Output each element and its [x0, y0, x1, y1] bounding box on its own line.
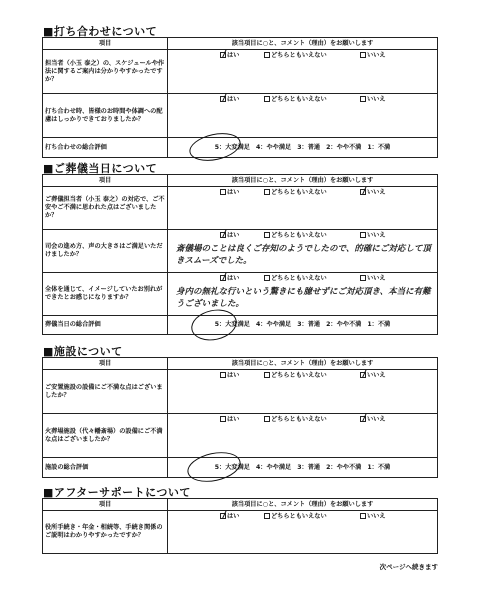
funeral-day-table: 項目 該当項目に○と、コメント（理由）をお願いします ご葬儀担当者（小玉 泰之）… [42, 174, 438, 335]
option-neither[interactable]: どちらともいえない [264, 189, 327, 197]
option-no[interactable]: いいえ [360, 416, 386, 424]
checkbox-icon[interactable] [360, 513, 366, 519]
overall-row: 打ち合わせの総合評価 5：大変満足4：やや満足3：普通2：やや不満1：不満 [43, 138, 438, 158]
meeting-table: 項目 該当項目に○と、コメント（理由）をお願いします 担当者（小玉 泰之）の、ス… [42, 37, 438, 158]
checkbox-checked-icon[interactable] [220, 232, 226, 238]
checkbox-icon[interactable] [264, 416, 270, 422]
checkbox-icon[interactable] [220, 416, 226, 422]
rating-2[interactable]: 2：やや不満 [326, 464, 361, 471]
rating-2[interactable]: 2：やや不満 [326, 144, 361, 151]
checkbox-icon[interactable] [360, 96, 366, 102]
question-row: 火葬場施設（代々幡斎場）の設備にご不満な点はございましたか？ はい どちらともい… [43, 414, 438, 458]
checkbox-icon[interactable] [360, 52, 366, 58]
option-yes[interactable]: はい [220, 416, 239, 424]
option-yes[interactable]: はい [220, 372, 239, 380]
header-instruction: 該当項目に○と、コメント（理由）をお願いします [168, 499, 438, 511]
question-text: 司会の進め方、声の大きさはご満足いただけましたか？ [43, 230, 168, 273]
option-neither[interactable]: どちらともいえない [264, 513, 327, 521]
question-row: ご葬儀担当者（小玉 泰之）の対応で、ご不安やご不満に思われた点はございましたか？… [43, 187, 438, 230]
question-row: 打ち合わせ時、皆様のお時間や体調への配慮はしっかりできておりましたか？ はい ど… [43, 94, 438, 138]
rating-1[interactable]: 1：不満 [367, 464, 390, 471]
option-yes[interactable]: はい [220, 96, 239, 104]
option-neither[interactable]: どちらともいえない [264, 52, 327, 60]
overall-row: 葬儀当日の総合評価 5：大変満足4：やや満足3：普通2：やや不満1：不満 [43, 316, 438, 335]
checkbox-icon[interactable] [264, 513, 270, 519]
option-neither[interactable]: どちらともいえない [264, 372, 327, 380]
question-row: 全体を通じて、イメージしていたお別れができたとお感じになりますか？ はい どちら… [43, 273, 438, 316]
header-item: 項目 [43, 38, 168, 50]
option-neither[interactable]: どちらともいえない [264, 275, 327, 283]
checkbox-checked-icon[interactable] [220, 513, 226, 519]
header-item: 項目 [43, 358, 168, 370]
checkbox-checked-icon[interactable] [220, 52, 226, 58]
option-no[interactable]: いいえ [360, 96, 386, 104]
option-no[interactable]: いいえ [360, 52, 386, 60]
header-instruction: 該当項目に○と、コメント（理由）をお願いします [168, 175, 438, 187]
header-instruction: 該当項目に○と、コメント（理由）をお願いします [168, 358, 438, 370]
checkbox-checked-icon[interactable] [360, 189, 366, 195]
checkbox-icon[interactable] [264, 189, 270, 195]
overall-label: 施設の総合評価 [43, 458, 168, 478]
question-row: 担当者（小玉 泰之）の、スケジュールや作法に関するご案内は分かりやすかったですか… [43, 50, 438, 94]
option-no[interactable]: いいえ [360, 372, 386, 380]
rating-4[interactable]: 4：やや満足 [256, 321, 291, 328]
handwritten-comment: 斎儀場のことは良くご存知のようでしたので、的確にご対応して頂きスムーズでした。 [176, 243, 431, 267]
facilities-table: 項目 該当項目に○と、コメント（理由）をお願いします ご安置施設の設備にご不満な… [42, 357, 438, 478]
question-row: 役所手続き・年金・相続等、手続き関係のご説明はわかりやすかったですか？ はい ど… [43, 511, 438, 554]
option-neither[interactable]: どちらともいえない [264, 416, 327, 424]
header-item: 項目 [43, 175, 168, 187]
checkbox-checked-icon[interactable] [360, 372, 366, 378]
option-no[interactable]: いいえ [360, 513, 386, 521]
checkbox-icon[interactable] [264, 52, 270, 58]
option-no[interactable]: いいえ [360, 275, 386, 283]
checkbox-icon[interactable] [264, 372, 270, 378]
option-yes[interactable]: はい [220, 513, 239, 521]
handwritten-comment: 身内の無礼な行いという驚きにも臆せずにご対応頂き、本当に有難うございました。 [176, 286, 431, 310]
option-neither[interactable]: どちらともいえない [264, 232, 327, 240]
option-yes[interactable]: はい [220, 232, 239, 240]
header-item: 項目 [43, 499, 168, 511]
question-row: ご安置施設の設備にご不満な点はございましたか？ はい どちらともいえない いいえ [43, 370, 438, 414]
question-text: ご安置施設の設備にご不満な点はございましたか？ [43, 370, 168, 414]
overall-row: 施設の総合評価 5：大変満足4：やや満足3：普通2：やや不満1：不満 [43, 458, 438, 478]
checkbox-checked-icon[interactable] [360, 416, 366, 422]
question-text: 役所手続き・年金・相続等、手続き関係のご説明はわかりやすかったですか？ [43, 511, 168, 554]
question-text: 打ち合わせ時、皆様のお時間や体調への配慮はしっかりできておりましたか？ [43, 94, 168, 138]
checkbox-icon[interactable] [264, 232, 270, 238]
question-text: 火葬場施設（代々幡斎場）の設備にご不満な点はございましたか？ [43, 414, 168, 458]
checkbox-checked-icon[interactable] [220, 96, 226, 102]
question-text: 担当者（小玉 泰之）の、スケジュールや作法に関するご案内は分かりやすかったですか… [43, 50, 168, 94]
rating-4[interactable]: 4：やや満足 [256, 144, 291, 151]
continue-note: 次ページへ続きます [380, 562, 438, 571]
rating-scale: 5：大変満足4：やや満足3：普通2：やや不満1：不満 [168, 316, 438, 335]
question-row: 司会の進め方、声の大きさはご満足いただけましたか？ はい どちらともいえない い… [43, 230, 438, 273]
option-yes[interactable]: はい [220, 275, 239, 283]
option-yes[interactable]: はい [220, 52, 239, 60]
overall-label: 打ち合わせの総合評価 [43, 138, 168, 158]
checkbox-checked-icon[interactable] [220, 275, 226, 281]
option-no[interactable]: いいえ [360, 189, 386, 197]
rating-3[interactable]: 3：普通 [297, 321, 320, 328]
header-instruction: 該当項目に○と、コメント（理由）をお願いします [168, 38, 438, 50]
rating-1[interactable]: 1：不満 [367, 144, 390, 151]
option-no[interactable]: いいえ [360, 232, 386, 240]
checkbox-icon[interactable] [360, 275, 366, 281]
rating-scale: 5：大変満足4：やや満足3：普通2：やや不満1：不満 [168, 458, 438, 478]
option-neither[interactable]: どちらともいえない [264, 96, 327, 104]
checkbox-icon[interactable] [220, 372, 226, 378]
rating-3[interactable]: 3：普通 [297, 144, 320, 151]
overall-label: 葬儀当日の総合評価 [43, 316, 168, 335]
rating-4[interactable]: 4：やや満足 [256, 464, 291, 471]
rating-3[interactable]: 3：普通 [297, 464, 320, 471]
checkbox-icon[interactable] [264, 96, 270, 102]
rating-2[interactable]: 2：やや不満 [326, 321, 361, 328]
rating-scale: 5：大変満足4：やや満足3：普通2：やや不満1：不満 [168, 138, 438, 158]
question-text: 全体を通じて、イメージしていたお別れができたとお感じになりますか？ [43, 273, 168, 316]
checkbox-icon[interactable] [220, 189, 226, 195]
rating-1[interactable]: 1：不満 [367, 321, 390, 328]
after-support-table: 項目 該当項目に○と、コメント（理由）をお願いします 役所手続き・年金・相続等、… [42, 498, 438, 554]
question-text: ご葬儀担当者（小玉 泰之）の対応で、ご不安やご不満に思われた点はございましたか？ [43, 187, 168, 230]
checkbox-icon[interactable] [360, 232, 366, 238]
option-yes[interactable]: はい [220, 189, 239, 197]
checkbox-icon[interactable] [264, 275, 270, 281]
